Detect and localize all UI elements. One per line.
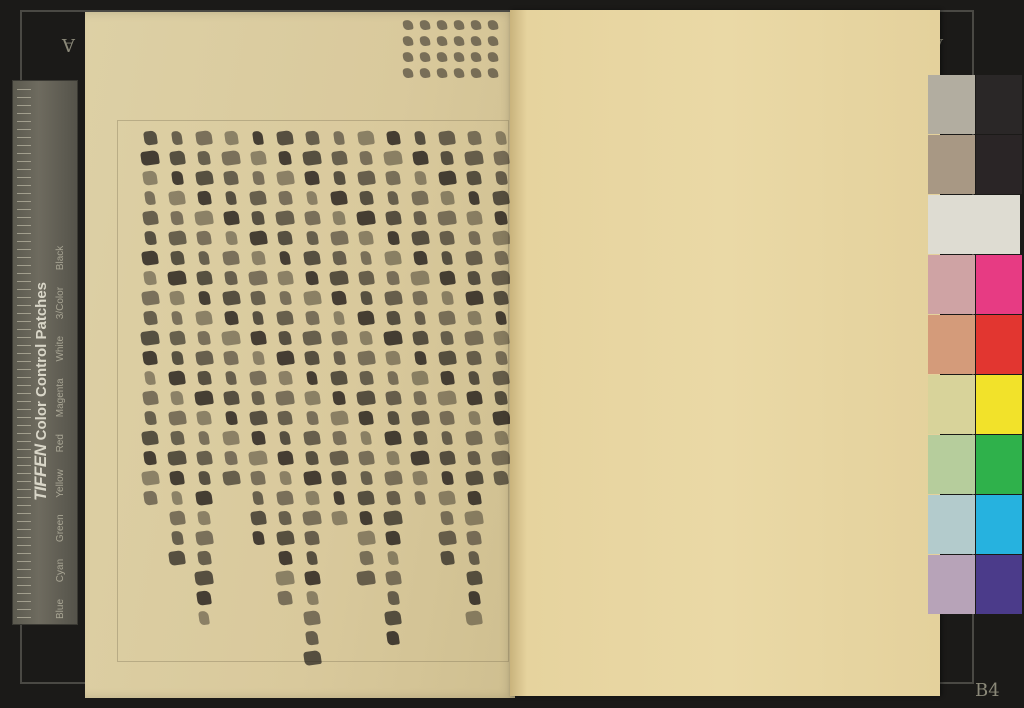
color-patch <box>928 555 975 614</box>
handwriting-column <box>247 131 269 641</box>
handwriting-column <box>436 131 458 641</box>
handwriting-column <box>490 131 512 641</box>
color-patch <box>928 135 975 194</box>
handwriting-column <box>301 131 323 641</box>
handwriting-column <box>463 131 485 641</box>
color-patch-strip <box>926 75 1022 620</box>
handwriting-column <box>409 131 431 641</box>
handwriting-column <box>193 131 215 641</box>
color-patch <box>976 255 1022 314</box>
color-patch <box>928 255 975 314</box>
color-patch <box>976 495 1022 554</box>
color-patch <box>928 435 975 494</box>
handwriting-column <box>274 131 296 641</box>
grid-label-a-mirrored: A <box>62 34 75 55</box>
ruler-brand: TIFFEN Color Control Patches <box>31 282 51 501</box>
handwriting-column <box>382 131 404 641</box>
tiffen-color-ruler: TIFFEN Color Control Patches Blue Cyan G… <box>12 80 78 625</box>
color-patch <box>928 315 975 374</box>
color-patch <box>976 555 1022 614</box>
color-patch <box>928 495 975 554</box>
handwriting-column <box>166 131 188 641</box>
marginal-note <box>390 16 500 106</box>
handwriting-column <box>328 131 350 641</box>
handwriting-column <box>139 131 161 641</box>
color-patch <box>976 135 1022 194</box>
handwritten-text-block <box>117 120 509 662</box>
ruler-ticks <box>17 87 31 618</box>
manuscript-right-page <box>510 10 940 696</box>
ruler-color-labels: Blue Cyan Green Yellow Red Magenta White… <box>55 246 66 619</box>
manuscript-left-page <box>85 12 515 698</box>
color-patch <box>976 75 1022 134</box>
color-patch <box>928 375 975 434</box>
marginal-note-column <box>397 20 419 100</box>
color-patch <box>928 75 975 134</box>
color-patch <box>976 375 1022 434</box>
handwriting-column <box>355 131 377 641</box>
grid-label-b4: B4 <box>975 680 1000 701</box>
color-patch <box>976 315 1022 374</box>
handwriting-column <box>220 131 242 641</box>
color-patch <box>928 195 1020 254</box>
color-patch <box>976 435 1022 494</box>
